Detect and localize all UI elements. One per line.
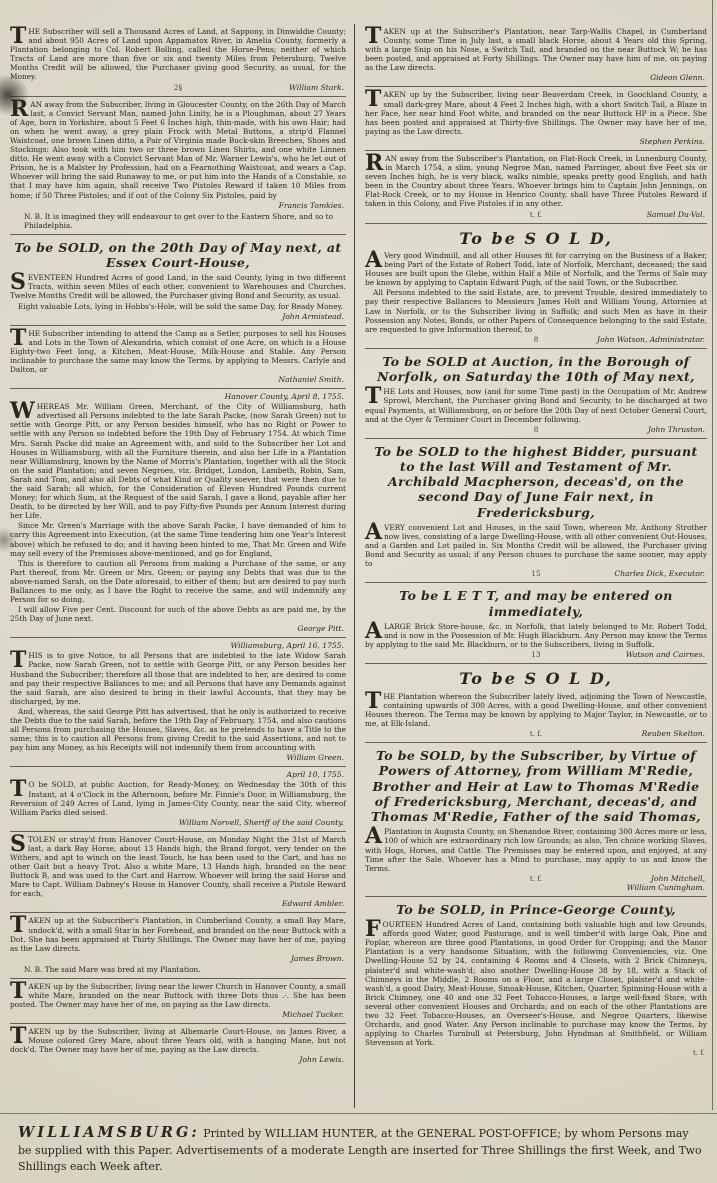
ad-signature-line: Francis Tomkies. <box>12 201 344 210</box>
ad-paragraphs: TAKEN up by the Subscriber, living at Al… <box>10 1027 346 1054</box>
ad: To be SOLD at Auction, in the Borough of… <box>365 349 707 439</box>
page-columns: THE Subscriber will sell a Thousand Acre… <box>0 0 717 1108</box>
ad: RAN away from the Subscriber's Plantatio… <box>365 151 707 224</box>
ad: TAKEN up by the Subscriber, living near … <box>10 979 346 1024</box>
ad-paragraphs: RAN away from the Subscriber, living in … <box>10 100 346 200</box>
ad-paragraphs: THE Lots and Houses, now (and for some T… <box>365 387 707 423</box>
ad: To be SOLD to the highest Bidder, pursua… <box>365 439 707 584</box>
ad-signature: Reuben Skelton. <box>542 729 705 738</box>
ad-signature: Michael Tucker. <box>178 1010 344 1019</box>
ad-paragraph: SEVENTEEN Hundred Acres of good Land, in… <box>10 273 346 300</box>
ad-paragraph: FOURTEEN Hundred Acres of Land, containi… <box>365 920 707 1047</box>
ad-paragraph: THE Plantation whereon the Subscriber la… <box>365 692 707 728</box>
imprint-city: WILLIAMSBURG: <box>18 1124 200 1141</box>
page-edge-rule <box>712 0 713 1110</box>
ad-dateline: April 10, 1755. <box>12 770 344 779</box>
newspaper-page: THE Subscriber will sell a Thousand Acre… <box>0 0 717 1183</box>
ad-paragraph: WHEREAS Mr. William Green, Merchant, of … <box>10 402 346 520</box>
ad-paragraphs: THE Subscriber will sell a Thousand Acre… <box>10 27 346 82</box>
ad-signature: John Armistead. <box>178 312 344 321</box>
ad: TAKEN up at the Subscriber's Plantation,… <box>365 24 707 87</box>
ad-signature: George Pitt. <box>178 624 344 633</box>
ad-heading: To be S O L D, <box>369 669 703 689</box>
ad: RAN away from the Subscriber, living in … <box>10 97 346 235</box>
ad-paragraphs: FOURTEEN Hundred Acres of Land, containi… <box>365 920 707 1047</box>
ad-paragraphs: RAN away from the Subscriber's Plantatio… <box>365 154 707 209</box>
ad-signature-line: Gideon Glenn. <box>367 73 705 82</box>
ad-paragraphs: WHEREAS Mr. William Green, Merchant, of … <box>10 402 346 623</box>
ad-paragraph: THIS is to give Notice, to all Persons t… <box>10 651 346 706</box>
ad-signature-line: Edward Ambler. <box>12 899 344 908</box>
ad-paragraph: All Persons indebted to the said Estate,… <box>365 288 707 333</box>
ad-signature: Charles Dick, Executor. <box>541 569 705 578</box>
ad-signature-line: t. f. Reuben Skelton. <box>367 729 705 738</box>
ad-paragraph: Eight valuable Lots, lying in Hobbs's-Ho… <box>10 302 346 311</box>
ad-note: N. B. It is imagined they will endeavour… <box>24 212 346 230</box>
ad: To be S O L D, A Very good Windmill, and… <box>365 224 707 349</box>
ad: THE Subscriber will sell a Thousand Acre… <box>10 24 346 97</box>
ad-paragraph: TAKEN up at the Subscriber's Plantation,… <box>10 916 346 952</box>
ad-signature-line: 13 Watson and Cairnes. <box>367 650 705 659</box>
ad-paragraph: THE Lots and Houses, now (and for some T… <box>365 387 707 423</box>
ad-paragraphs: TAKEN up at the Subscriber's Plantation,… <box>365 27 707 72</box>
ad-signature-line: Stephen Perkins. <box>367 137 705 146</box>
ad-paragraph: A LARGE Brick Store-house, &c. in Norfol… <box>365 622 707 649</box>
ad-insertion-mark: 2§ <box>174 83 182 92</box>
ad-signature-line: John Lewis. <box>12 1055 344 1064</box>
ad-signature: Watson and Cairnes. <box>541 650 705 659</box>
ad-heading: To be SOLD to the highest Bidder, pursua… <box>369 444 703 520</box>
ad-paragraph: A VERY convenient Lot and Houses, in the… <box>365 523 707 568</box>
imprint: WILLIAMSBURG: Printed by WILLIAM HUNTER,… <box>0 1113 717 1175</box>
ad: April 10, 1755. TO be SOLD, at public Au… <box>10 767 346 831</box>
ad-heading: To be S O L D, <box>369 229 703 249</box>
ad: To be SOLD, on the 20th Day of May next,… <box>10 235 346 326</box>
ad-paragraph: RAN away from the Subscriber, living in … <box>10 100 346 200</box>
ad-paragraphs: THIS is to give Notice, to all Persons t… <box>10 651 346 752</box>
right-column: TAKEN up at the Subscriber's Plantation,… <box>357 24 717 1108</box>
ad: TAKEN up at the Subscriber's Plantation,… <box>10 913 346 978</box>
ad-paragraph: TAKEN up by the Subscriber, living near … <box>10 982 346 1009</box>
ad: Williamsburg, April 16, 1755. THIS is to… <box>10 638 346 767</box>
ad-insertion-mark: 15 <box>531 569 540 578</box>
ad-signature-line: George Pitt. <box>12 624 344 633</box>
ad-signature-line: 2§ William Stark. <box>12 83 344 92</box>
ad-heading: To be SOLD at Auction, in the Borough of… <box>369 354 703 385</box>
ad-signature: William Stark. <box>182 83 344 92</box>
ad-paragraph: TO be SOLD, at public Auction, for Ready… <box>10 780 346 816</box>
ad-signature: James Brown. <box>178 954 344 963</box>
ad: STOLEN or stray'd from Hanover Court-Hou… <box>10 832 346 914</box>
ad-heading: To be L E T T, and may be entered on imm… <box>369 588 703 619</box>
ad-signature-line: William Green. <box>12 753 344 762</box>
ad-paragraph: This is therefore to caution all Persons… <box>10 559 346 604</box>
ad-signature: William Norvell, Sheriff of the said Cou… <box>178 818 344 827</box>
ad-insertion-mark: 8 <box>534 425 539 434</box>
ad-paragraphs: TO be SOLD, at public Auction, for Ready… <box>10 780 346 816</box>
ad-signature-line: Michael Tucker. <box>12 1010 344 1019</box>
ad-signature-line: John Armistead. <box>12 312 344 321</box>
ad-signature: Nathaniel Smith. <box>178 375 344 384</box>
ad: To be S O L D, THE Plantation whereon th… <box>365 664 707 743</box>
ad-paragraphs: THE Subscriber intending to attend the C… <box>10 329 346 374</box>
ad-paragraph: TAKEN up at the Subscriber's Plantation,… <box>365 27 707 72</box>
ad-signature: Edward Ambler. <box>178 899 344 908</box>
ad-paragraphs: TAKEN up at the Subscriber's Plantation,… <box>10 916 346 952</box>
ad-note: N. B. The said Mare was bred at my Plant… <box>24 965 346 974</box>
ad-paragraph: STOLEN or stray'd from Hanover Court-Hou… <box>10 835 346 899</box>
ad-signature: Gideon Glenn. <box>536 73 705 82</box>
ad-paragraph: THE Subscriber will sell a Thousand Acre… <box>10 27 346 82</box>
ad-paragraphs: A Plantation in Augusta County, on Shena… <box>365 827 707 872</box>
ad-heading: To be SOLD, on the 20th Day of May next,… <box>14 240 342 271</box>
ad-paragraph: RAN away from the Subscriber's Plantatio… <box>365 154 707 209</box>
ad-paragraph: And, whereas, the said George Pitt has a… <box>10 707 346 752</box>
ad-paragraph: Since Mr. Green's Marriage with the abov… <box>10 521 346 557</box>
ad-insertion-mark: t. f. <box>530 210 542 219</box>
ad-insertion-mark: 8 <box>534 335 539 344</box>
ad-signature: John Watson, Administrator. <box>538 335 705 344</box>
ad-insertion-mark: t. f. <box>693 1048 705 1057</box>
ad-signature-line: 8 John Thruston. <box>367 425 705 434</box>
ad-heading: To be SOLD, in Prince-George County, <box>369 902 703 917</box>
ad-signature-line: t. f. Samuel Du-Val. <box>367 210 705 219</box>
ad-paragraphs: TAKEN up by the Subscriber, living near … <box>10 982 346 1009</box>
ad-paragraphs: STOLEN or stray'd from Hanover Court-Hou… <box>10 835 346 899</box>
ad-insertion-mark: t. f. <box>530 874 542 883</box>
ad-paragraph: TAKEN up by the Subscriber, living near … <box>365 90 707 135</box>
ad-signature-line: William Norvell, Sheriff of the said Cou… <box>12 818 344 827</box>
ad-paragraph: A Plantation in Augusta County, on Shena… <box>365 827 707 872</box>
ad-signature: William Green. <box>178 753 344 762</box>
column-divider <box>354 24 355 1108</box>
ad-paragraphs: A Very good Windmill, and all other Hous… <box>365 251 707 334</box>
ad-signature-line: t. f. <box>367 1048 705 1057</box>
ad-signature: John Mitchell, William Cuningham. <box>542 874 705 892</box>
ad-signature-line: Nathaniel Smith. <box>12 375 344 384</box>
ad-signature-line: 15 Charles Dick, Executor. <box>367 569 705 578</box>
ad-paragraphs: THE Plantation whereon the Subscriber la… <box>365 692 707 728</box>
ad-paragraph: THE Subscriber intending to attend the C… <box>10 329 346 374</box>
ad-heading: To be SOLD, by the Subscriber, by Virtue… <box>369 748 703 824</box>
ad: TAKEN up by the Subscriber, living near … <box>365 87 707 150</box>
ad-signature: Francis Tomkies. <box>178 201 344 210</box>
ad-signature-line: t. f. John Mitchell, William Cuningham. <box>367 874 705 892</box>
ad: To be SOLD, by the Subscriber, by Virtue… <box>365 743 707 897</box>
ad-signature-line: 8 John Watson, Administrator. <box>367 335 705 344</box>
ad: Hanover County, April 8, 1755. WHEREAS M… <box>10 389 346 638</box>
ad-paragraphs: A VERY convenient Lot and Houses, in the… <box>365 523 707 568</box>
ad-signature-line: James Brown. <box>12 954 344 963</box>
ad-signature: Stephen Perkins. <box>536 137 705 146</box>
ad-insertion-mark: 13 <box>531 650 540 659</box>
ad: To be L E T T, and may be entered on imm… <box>365 583 707 664</box>
left-column: THE Subscriber will sell a Thousand Acre… <box>0 24 352 1108</box>
ad-paragraph: A Very good Windmill, and all other Hous… <box>365 251 707 287</box>
ad-paragraphs: A LARGE Brick Store-house, &c. in Norfol… <box>365 622 707 649</box>
ad-signature: Samuel Du-Val. <box>542 210 705 219</box>
ad: THE Subscriber intending to attend the C… <box>10 326 346 389</box>
ad-signature: John Thruston. <box>538 425 705 434</box>
ad: To be SOLD, in Prince-George County, FOU… <box>365 897 707 1062</box>
ad-paragraphs: TAKEN up by the Subscriber, living near … <box>365 90 707 135</box>
ad-insertion-mark: t. f. <box>530 729 542 738</box>
ad-signature: John Lewis. <box>178 1055 344 1064</box>
ad: TAKEN up by the Subscriber, living at Al… <box>10 1024 346 1068</box>
ad-paragraph: I will allow Five per Cent. Discount for… <box>10 605 346 623</box>
ad-dateline: Hanover County, April 8, 1755. <box>12 392 344 401</box>
ad-paragraphs: SEVENTEEN Hundred Acres of good Land, in… <box>10 273 346 310</box>
ad-paragraph: TAKEN up by the Subscriber, living at Al… <box>10 1027 346 1054</box>
ad-dateline: Williamsburg, April 16, 1755. <box>12 641 344 650</box>
